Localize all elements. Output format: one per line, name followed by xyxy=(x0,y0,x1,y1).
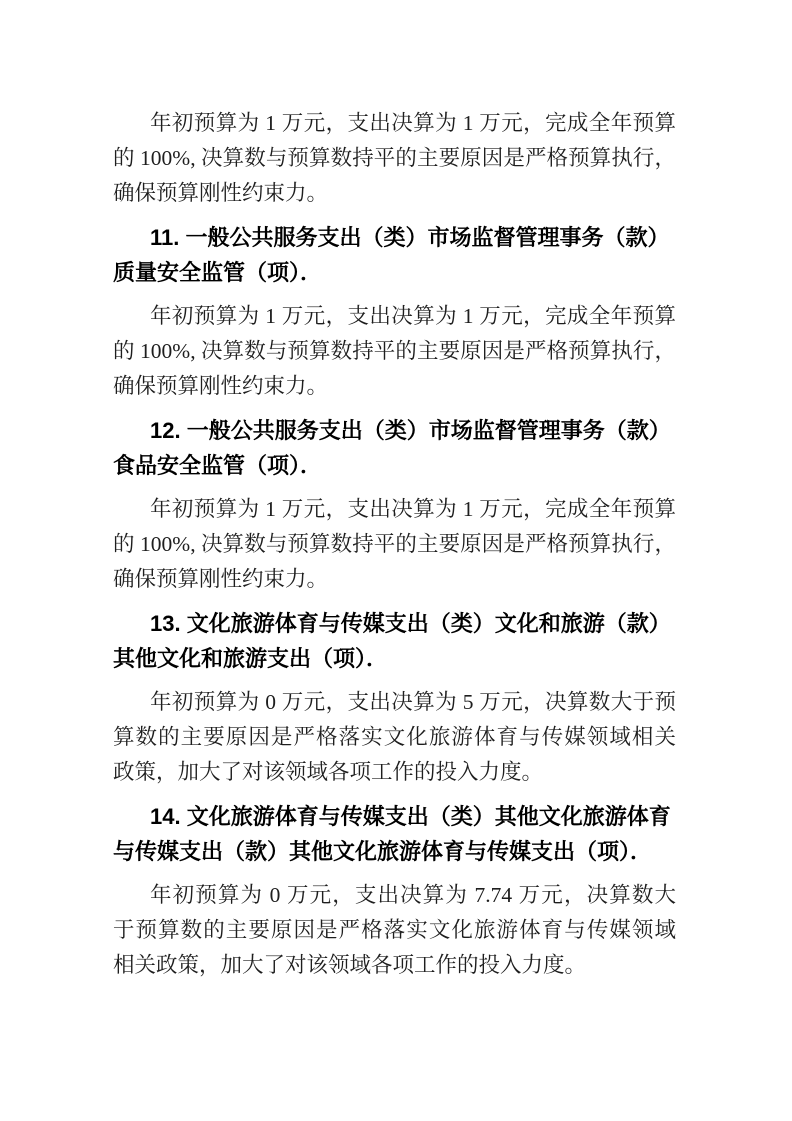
heading-line: 12. 一般公共服务支出（类）市场监督管理事务（款） xyxy=(113,413,676,448)
heading-line: 与传媒支出（款）其他文化旅游体育与传媒支出（项）． xyxy=(113,834,676,869)
section-heading-14: 14. 文化旅游体育与传媒支出（类）其他文化旅游体育 与传媒支出（款）其他文化旅… xyxy=(113,799,676,869)
heading-line: 13. 文化旅游体育与传媒支出（类）文化和旅游（款） xyxy=(113,606,676,641)
heading-line: 其他文化和旅游支出（项）． xyxy=(113,641,676,676)
budget-paragraph: 年初预算为 1 万元，支出决算为 1 万元，完成全年预算 的 100%, 决算数… xyxy=(113,106,676,211)
section-heading-11: 11. 一般公共服务支出（类）市场监督管理事务（款） 质量安全监管（项）． xyxy=(113,220,676,290)
paragraph-line: 年初预算为 1 万元，支出决算为 1 万元，完成全年预算 xyxy=(113,299,676,334)
paragraph-line: 于预算数的主要原因是严格落实文化旅游体育与传媒领域 xyxy=(113,913,676,948)
paragraph-line: 年初预算为 0 万元，支出决算为 5 万元，决算数大于预 xyxy=(113,685,676,720)
paragraph-line: 政策，加大了对该领域各项工作的投入力度。 xyxy=(113,755,676,790)
paragraph-line: 年初预算为 0 万元，支出决算为 7.74 万元，决算数大 xyxy=(113,878,676,913)
paragraph-line: 算数的主要原因是严格落实文化旅游体育与传媒领域相关 xyxy=(113,720,676,755)
section-heading-13: 13. 文化旅游体育与传媒支出（类）文化和旅游（款） 其他文化和旅游支出（项）． xyxy=(113,606,676,676)
heading-line: 质量安全监管（项）． xyxy=(113,255,676,290)
document-page: 年初预算为 1 万元，支出决算为 1 万元，完成全年预算 的 100%, 决算数… xyxy=(0,0,792,1121)
budget-paragraph: 年初预算为 0 万元，支出决算为 7.74 万元，决算数大 于预算数的主要原因是… xyxy=(113,878,676,983)
paragraph-line: 的 100%, 决算数与预算数持平的主要原因是严格预算执行， xyxy=(113,334,676,369)
paragraph-line: 确保预算刚性约束力。 xyxy=(113,176,676,211)
paragraph-line: 的 100%, 决算数与预算数持平的主要原因是严格预算执行， xyxy=(113,141,676,176)
budget-paragraph: 年初预算为 1 万元，支出决算为 1 万元，完成全年预算 的 100%, 决算数… xyxy=(113,492,676,597)
paragraph-line: 相关政策，加大了对该领域各项工作的投入力度。 xyxy=(113,948,676,983)
paragraph-line: 确保预算刚性约束力。 xyxy=(113,369,676,404)
paragraph-line: 确保预算刚性约束力。 xyxy=(113,562,676,597)
budget-paragraph: 年初预算为 0 万元，支出决算为 5 万元，决算数大于预 算数的主要原因是严格落… xyxy=(113,685,676,790)
section-heading-12: 12. 一般公共服务支出（类）市场监督管理事务（款） 食品安全监管（项）． xyxy=(113,413,676,483)
heading-line: 14. 文化旅游体育与传媒支出（类）其他文化旅游体育 xyxy=(113,799,676,834)
paragraph-line: 年初预算为 1 万元，支出决算为 1 万元，完成全年预算 xyxy=(113,106,676,141)
page-content: 年初预算为 1 万元，支出决算为 1 万元，完成全年预算 的 100%, 决算数… xyxy=(113,106,676,983)
heading-line: 11. 一般公共服务支出（类）市场监督管理事务（款） xyxy=(113,220,676,255)
paragraph-line: 的 100%, 决算数与预算数持平的主要原因是严格预算执行， xyxy=(113,527,676,562)
heading-line: 食品安全监管（项）． xyxy=(113,448,676,483)
paragraph-line: 年初预算为 1 万元，支出决算为 1 万元，完成全年预算 xyxy=(113,492,676,527)
budget-paragraph: 年初预算为 1 万元，支出决算为 1 万元，完成全年预算 的 100%, 决算数… xyxy=(113,299,676,404)
